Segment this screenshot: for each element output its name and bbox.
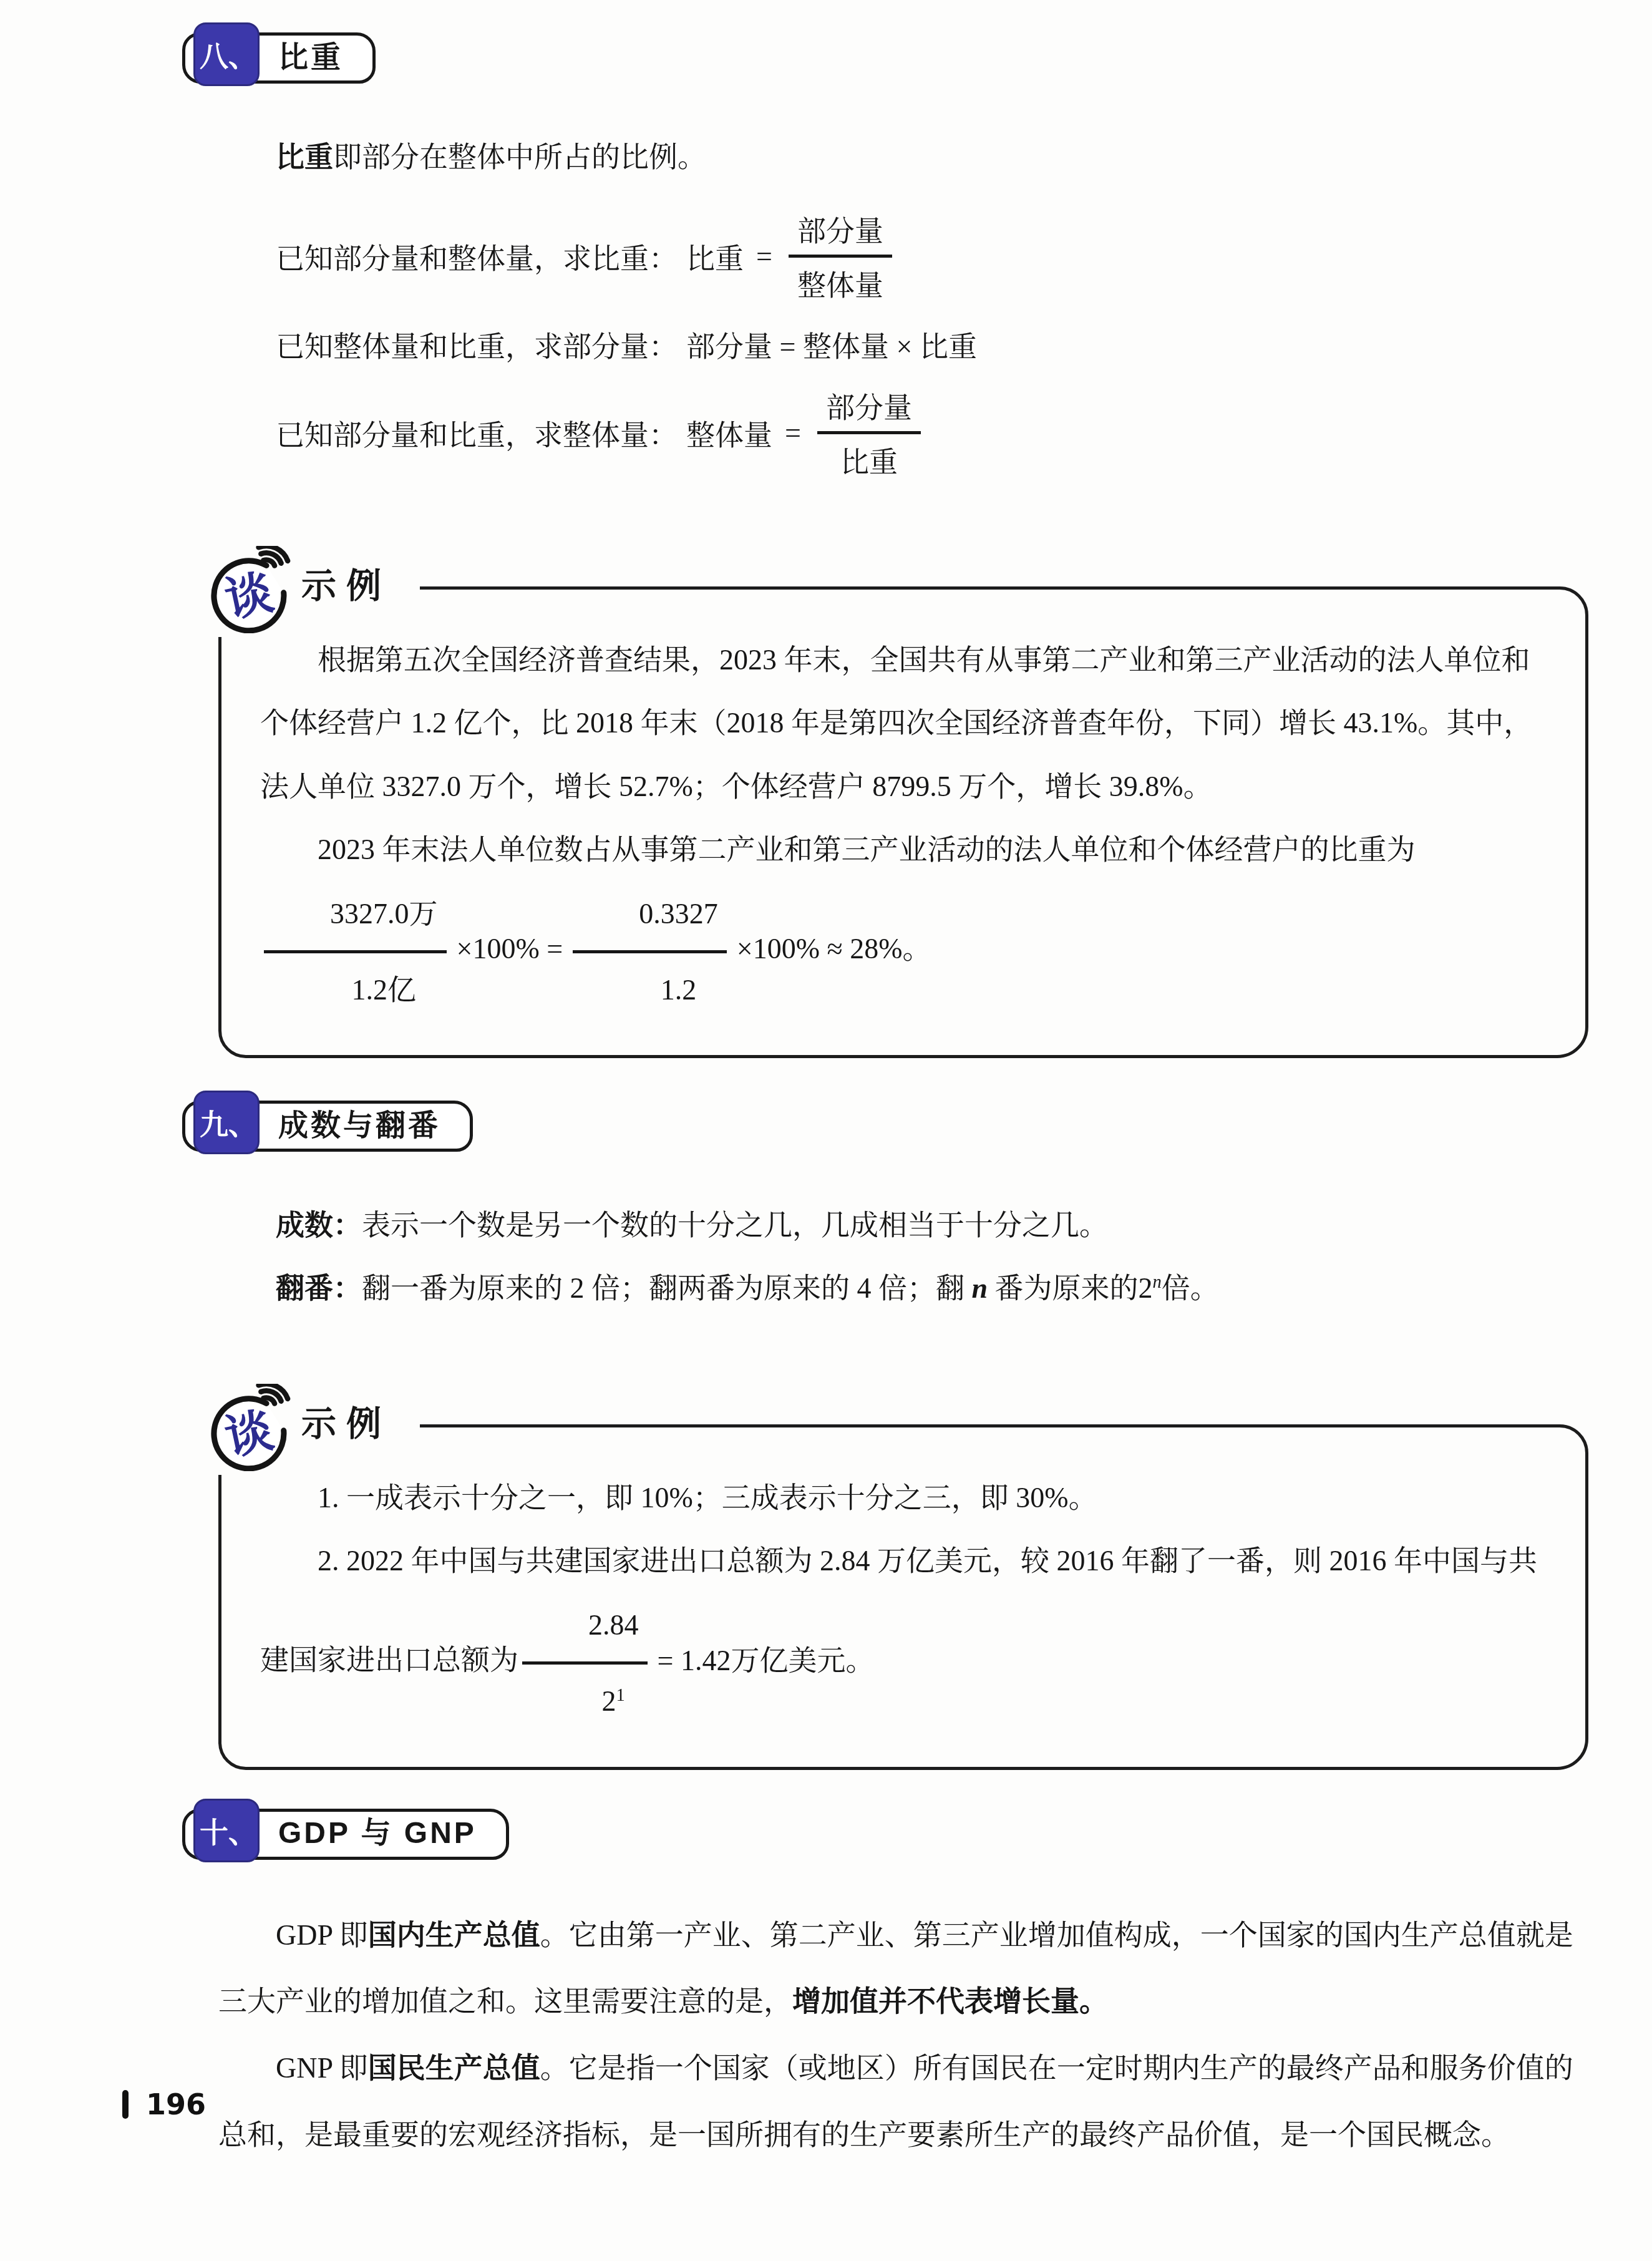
badge-number: 十、 — [193, 1799, 260, 1862]
calc-text: 2023 年末法人单位数占从事第二产业和第三产业活动的法人单位和个体经营户的比重… — [318, 834, 1416, 865]
talk-icon: 谈 — [205, 546, 293, 633]
section-badge-10: 十、 GDP 与 GNP — [193, 1802, 509, 1862]
section-badge-8: 八、 比重 — [193, 26, 376, 86]
formula-whole: 已知部分量和比重，求整体量：整体量=部分量比重 — [218, 384, 1577, 482]
variable-n: n — [972, 1272, 988, 1304]
formula-label: 已知部分量和整体量，求比重： — [276, 236, 678, 277]
fraction: 0.33271.2 — [573, 881, 727, 1023]
gnp-paragraph: GNP 即国民生产总值。它是指一个国家（或地区）所有国民在一定时期内生产的最终产… — [218, 2035, 1577, 2168]
item-text: 2. 2022 年中国与共建国家进出口总额为 2.84 万亿美元，较 2016 … — [260, 1545, 1537, 1676]
badge-number: 九、 — [193, 1091, 260, 1154]
gdp-text: GDP 即 — [276, 1919, 368, 1951]
formula-body: 部分量 = 整体量 × 比重 — [686, 324, 977, 365]
definition-text: 表示一个数是另一个数的十分之几，几成相当于十分之几。 — [362, 1209, 1108, 1241]
fraction: 3327.0万1.2亿 — [264, 881, 447, 1023]
equals-sign: = — [785, 416, 801, 449]
example-label: 谈 示例 — [205, 542, 420, 637]
section-gdp-gnp: 十、 GDP 与 GNP GDP 即国内生产总值。它由第一产业、第二产业、第三产… — [218, 1802, 1577, 2169]
section-bizhong: 八、 比重 比重即部分在整体中所占的比例。 已知部分量和整体量，求比重：比重=部… — [218, 26, 1577, 1058]
gdp-term: 国内生产总值 — [368, 1919, 540, 1951]
fraction-numerator: 0.3327 — [573, 881, 727, 953]
example-label-text: 示例 — [301, 558, 391, 621]
item-result: = 1.42万亿美元。 — [658, 1645, 875, 1676]
term: 成数： — [276, 1209, 362, 1241]
intro-paragraph: 比重即部分在整体中所占的比例。 — [218, 126, 1577, 188]
example-item-2: 2. 2022 年中国与共建国家进出口总额为 2.84 万亿美元，较 2016 … — [260, 1529, 1548, 1734]
example-box-proportion: 谈 示例 根据第五次全国经济普查结果，2023 年末，全国共有从事第二产业和第三… — [218, 586, 1588, 1058]
example-label: 谈 示例 — [205, 1380, 420, 1475]
fraction-numerator: 3327.0万 — [264, 881, 447, 953]
fraction-numerator: 2.84 — [522, 1592, 648, 1665]
chengshu-definition: 成数：表示一个数是另一个数的十分之几，几成相当于十分之几。 — [218, 1194, 1577, 1257]
intro-term: 比重 — [276, 141, 333, 173]
page-number: 196 — [146, 2088, 206, 2121]
section-title: GDP 与 GNP — [260, 1809, 509, 1855]
example-label-text: 示例 — [301, 1396, 391, 1459]
fraction-denominator: 1.2 — [595, 953, 706, 1023]
formula-part: 已知整体量和比重，求部分量：部分量 = 整体量 × 比重 — [218, 324, 1577, 365]
formula-proportion: 已知部分量和整体量，求比重：比重=部分量整体量 — [218, 207, 1577, 305]
example-paragraph-1: 根据第五次全国经济普查结果，2023 年末，全国共有从事第二产业和第三产业活动的… — [260, 628, 1548, 818]
denominator-exponent: 1 — [616, 1686, 625, 1705]
formula-label: 已知部分量和比重，求整体量： — [276, 412, 678, 454]
definition-text: 倍。 — [1162, 1272, 1219, 1304]
gnp-text: GNP 即 — [276, 2052, 368, 2084]
fraction: 部分量整体量 — [789, 207, 892, 305]
example-paragraph-2: 2023 年末法人单位数占从事第二产业和第三产业活动的法人单位和个体经营户的比重… — [260, 818, 1548, 1023]
intro-text: 即部分在整体中所占的比例。 — [333, 141, 706, 173]
fraction-numerator: 部分量 — [789, 207, 892, 258]
formula-lhs: 整体量 — [686, 412, 772, 454]
calc-result: ×100% ≈ 28%。 — [737, 933, 931, 965]
formula-lhs: 比重 — [686, 236, 744, 277]
gdp-paragraph: GDP 即国内生产总值。它由第一产业、第二产业、第三产业增加值构成，一个国家的国… — [218, 1902, 1577, 2035]
gnp-term: 国民生产总值 — [368, 2052, 540, 2084]
definition-text: 番为原来的2 — [988, 1272, 1153, 1304]
badge-number: 八、 — [193, 22, 260, 86]
textbook-page: 八、 比重 比重即部分在整体中所占的比例。 已知部分量和整体量，求比重：比重=部… — [0, 0, 1652, 2261]
term: 翻番： — [276, 1272, 362, 1304]
formula-label: 已知整体量和比重，求部分量： — [276, 324, 678, 365]
page-content: 八、 比重 比重即部分在整体中所占的比例。 已知部分量和整体量，求比重：比重=部… — [0, 0, 1652, 2169]
fraction-denominator: 比重 — [832, 434, 906, 482]
calc-operator: ×100% = — [457, 933, 563, 965]
page-footer: 196 — [122, 2088, 206, 2121]
exponent-n: n — [1153, 1272, 1162, 1291]
section-title: 成数与翻番 — [260, 1101, 473, 1148]
section-title: 比重 — [260, 33, 376, 80]
fraction: 部分量比重 — [817, 384, 921, 482]
talk-icon: 谈 — [205, 1384, 293, 1471]
section-badge-9: 九、 成数与翻番 — [193, 1094, 473, 1154]
gdp-emphasis: 增加值并不代表增长量。 — [792, 1985, 1108, 2017]
fraction: 2.8421 — [522, 1592, 648, 1734]
definition-text: 翻一番为原来的 2 倍；翻两番为原来的 4 倍；翻 — [362, 1272, 972, 1304]
fraction-denominator: 1.2亿 — [286, 953, 425, 1023]
example-box-chengshu: 谈 示例 1. 一成表示十分之一，即 10%；三成表示十分之三，即 30%。 2… — [218, 1424, 1588, 1770]
equals-sign: = — [756, 240, 772, 273]
denominator-base: 2 — [602, 1685, 616, 1717]
footer-bar-icon — [122, 2090, 129, 2119]
section-chengshu-fanfan: 九、 成数与翻番 成数：表示一个数是另一个数的十分之几，几成相当于十分之几。 翻… — [218, 1094, 1577, 1769]
fraction-denominator: 21 — [536, 1665, 634, 1734]
example-item-1: 1. 一成表示十分之一，即 10%；三成表示十分之三，即 30%。 — [260, 1466, 1548, 1529]
fraction-numerator: 部分量 — [817, 384, 921, 434]
fanfan-definition: 翻番：翻一番为原来的 2 倍；翻两番为原来的 4 倍；翻 n 番为原来的2n倍。 — [218, 1257, 1577, 1320]
fraction-denominator: 整体量 — [789, 258, 892, 305]
